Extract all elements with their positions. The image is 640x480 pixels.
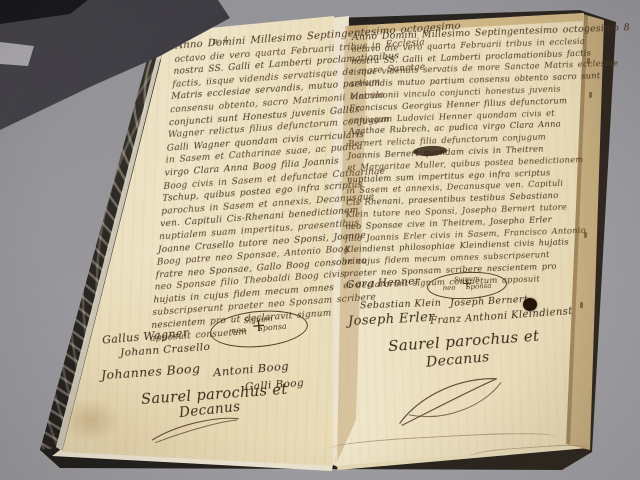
- cross-mark-icon: +: [251, 316, 267, 337]
- edge-ink-mark: [589, 92, 592, 98]
- ink-blot: [523, 298, 537, 311]
- paper-stain: [62, 398, 120, 442]
- right-page-text: Anno Domini Millesimo Septingentesimo oc…: [343, 24, 578, 292]
- left-page-text: Anno Domini Millesimo Septingentesimo oc…: [150, 30, 328, 345]
- edge-ink-mark: [580, 302, 583, 308]
- pen-flourish-right: [388, 368, 512, 431]
- cross-mark-icon: +: [461, 276, 473, 292]
- manuscript-photo: p: 4 Anno Domini Millesimo Septingentesi…: [0, 0, 640, 480]
